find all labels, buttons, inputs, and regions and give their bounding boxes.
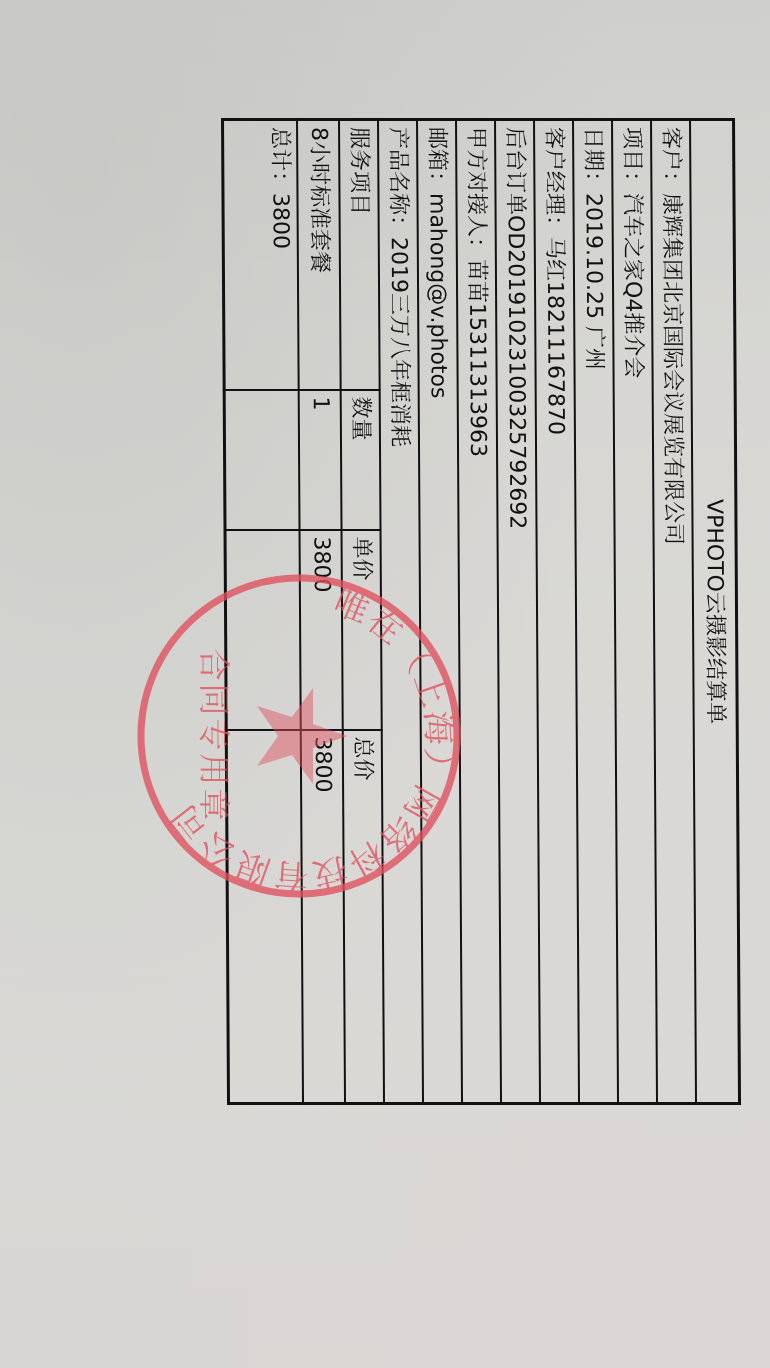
header-unit-price: 单价 [342, 530, 382, 730]
service-item-name: 8小时标准套餐 [297, 120, 341, 390]
customer-value: 康辉集团北京国际会议展览有限公司 [659, 193, 686, 545]
account-manager-value: 马红18211167870 [542, 237, 568, 435]
contact-value: 苗苗15311313963 [464, 259, 490, 457]
field-row-project: 项目：汽车之家Q4推介会 [612, 120, 657, 1104]
service-header-row: 服务项目 数量 单价 总价 [339, 120, 384, 1104]
project-value: 汽车之家Q4推介会 [620, 193, 646, 378]
total-label: 总计： [267, 127, 292, 193]
header-total-price: 总价 [343, 730, 384, 1104]
field-row-account-manager: 客户经理：马红18211167870 [534, 120, 579, 1104]
settlement-table: VPHOTO云摄影结算单 客户：康辉集团北京国际会议展览有限公司 项目：汽车之家… [221, 118, 741, 1105]
order-number-value: OD20191023100325792692 [503, 215, 530, 529]
field-label: 日期： [581, 127, 606, 193]
email-value: mahong@v.photos [425, 193, 451, 398]
field-label: 后台订单 [503, 127, 529, 215]
service-unit-price: 3800 [300, 530, 343, 730]
title-row: VPHOTO云摄影结算单 [690, 120, 740, 1104]
total-value: 3800 [267, 193, 292, 249]
field-row-email: 邮箱：mahong@v.photos [417, 120, 462, 1104]
total-row: 总计：3800 [223, 120, 304, 1104]
field-row-order: 后台订单OD20191023100325792692 [495, 120, 540, 1104]
field-label: 甲方对接人： [464, 127, 490, 259]
header-quantity: 数量 [341, 390, 381, 530]
service-total-price: 3800 [301, 730, 345, 1104]
field-label: 产品名称： [386, 127, 412, 237]
sheet-title: VPHOTO云摄影结算单 [690, 120, 740, 1104]
field-row-customer: 客户：康辉集团北京国际会议展览有限公司 [651, 120, 696, 1104]
service-quantity: 1 [299, 390, 342, 530]
product-value: 2019三万八年框消耗 [386, 237, 412, 447]
field-row-product: 产品名称：2019三万八年框消耗 [378, 120, 423, 1104]
date-value: 2019.10.25 广州 [581, 193, 607, 370]
table-row: 8小时标准套餐 1 3800 3800 [297, 120, 345, 1104]
field-row-contact: 甲方对接人：苗苗15311313963 [456, 120, 501, 1104]
settlement-sheet: VPHOTO云摄影结算单 客户：康辉集团北京国际会议展览有限公司 项目：汽车之家… [188, 118, 741, 1105]
field-label: 客户经理： [542, 127, 568, 237]
field-label: 邮箱： [425, 127, 450, 193]
field-label: 项目： [620, 127, 645, 193]
field-label: 客户： [659, 127, 684, 193]
header-service-item: 服务项目 [339, 120, 380, 390]
field-row-date: 日期：2019.10.25 广州 [573, 120, 618, 1104]
